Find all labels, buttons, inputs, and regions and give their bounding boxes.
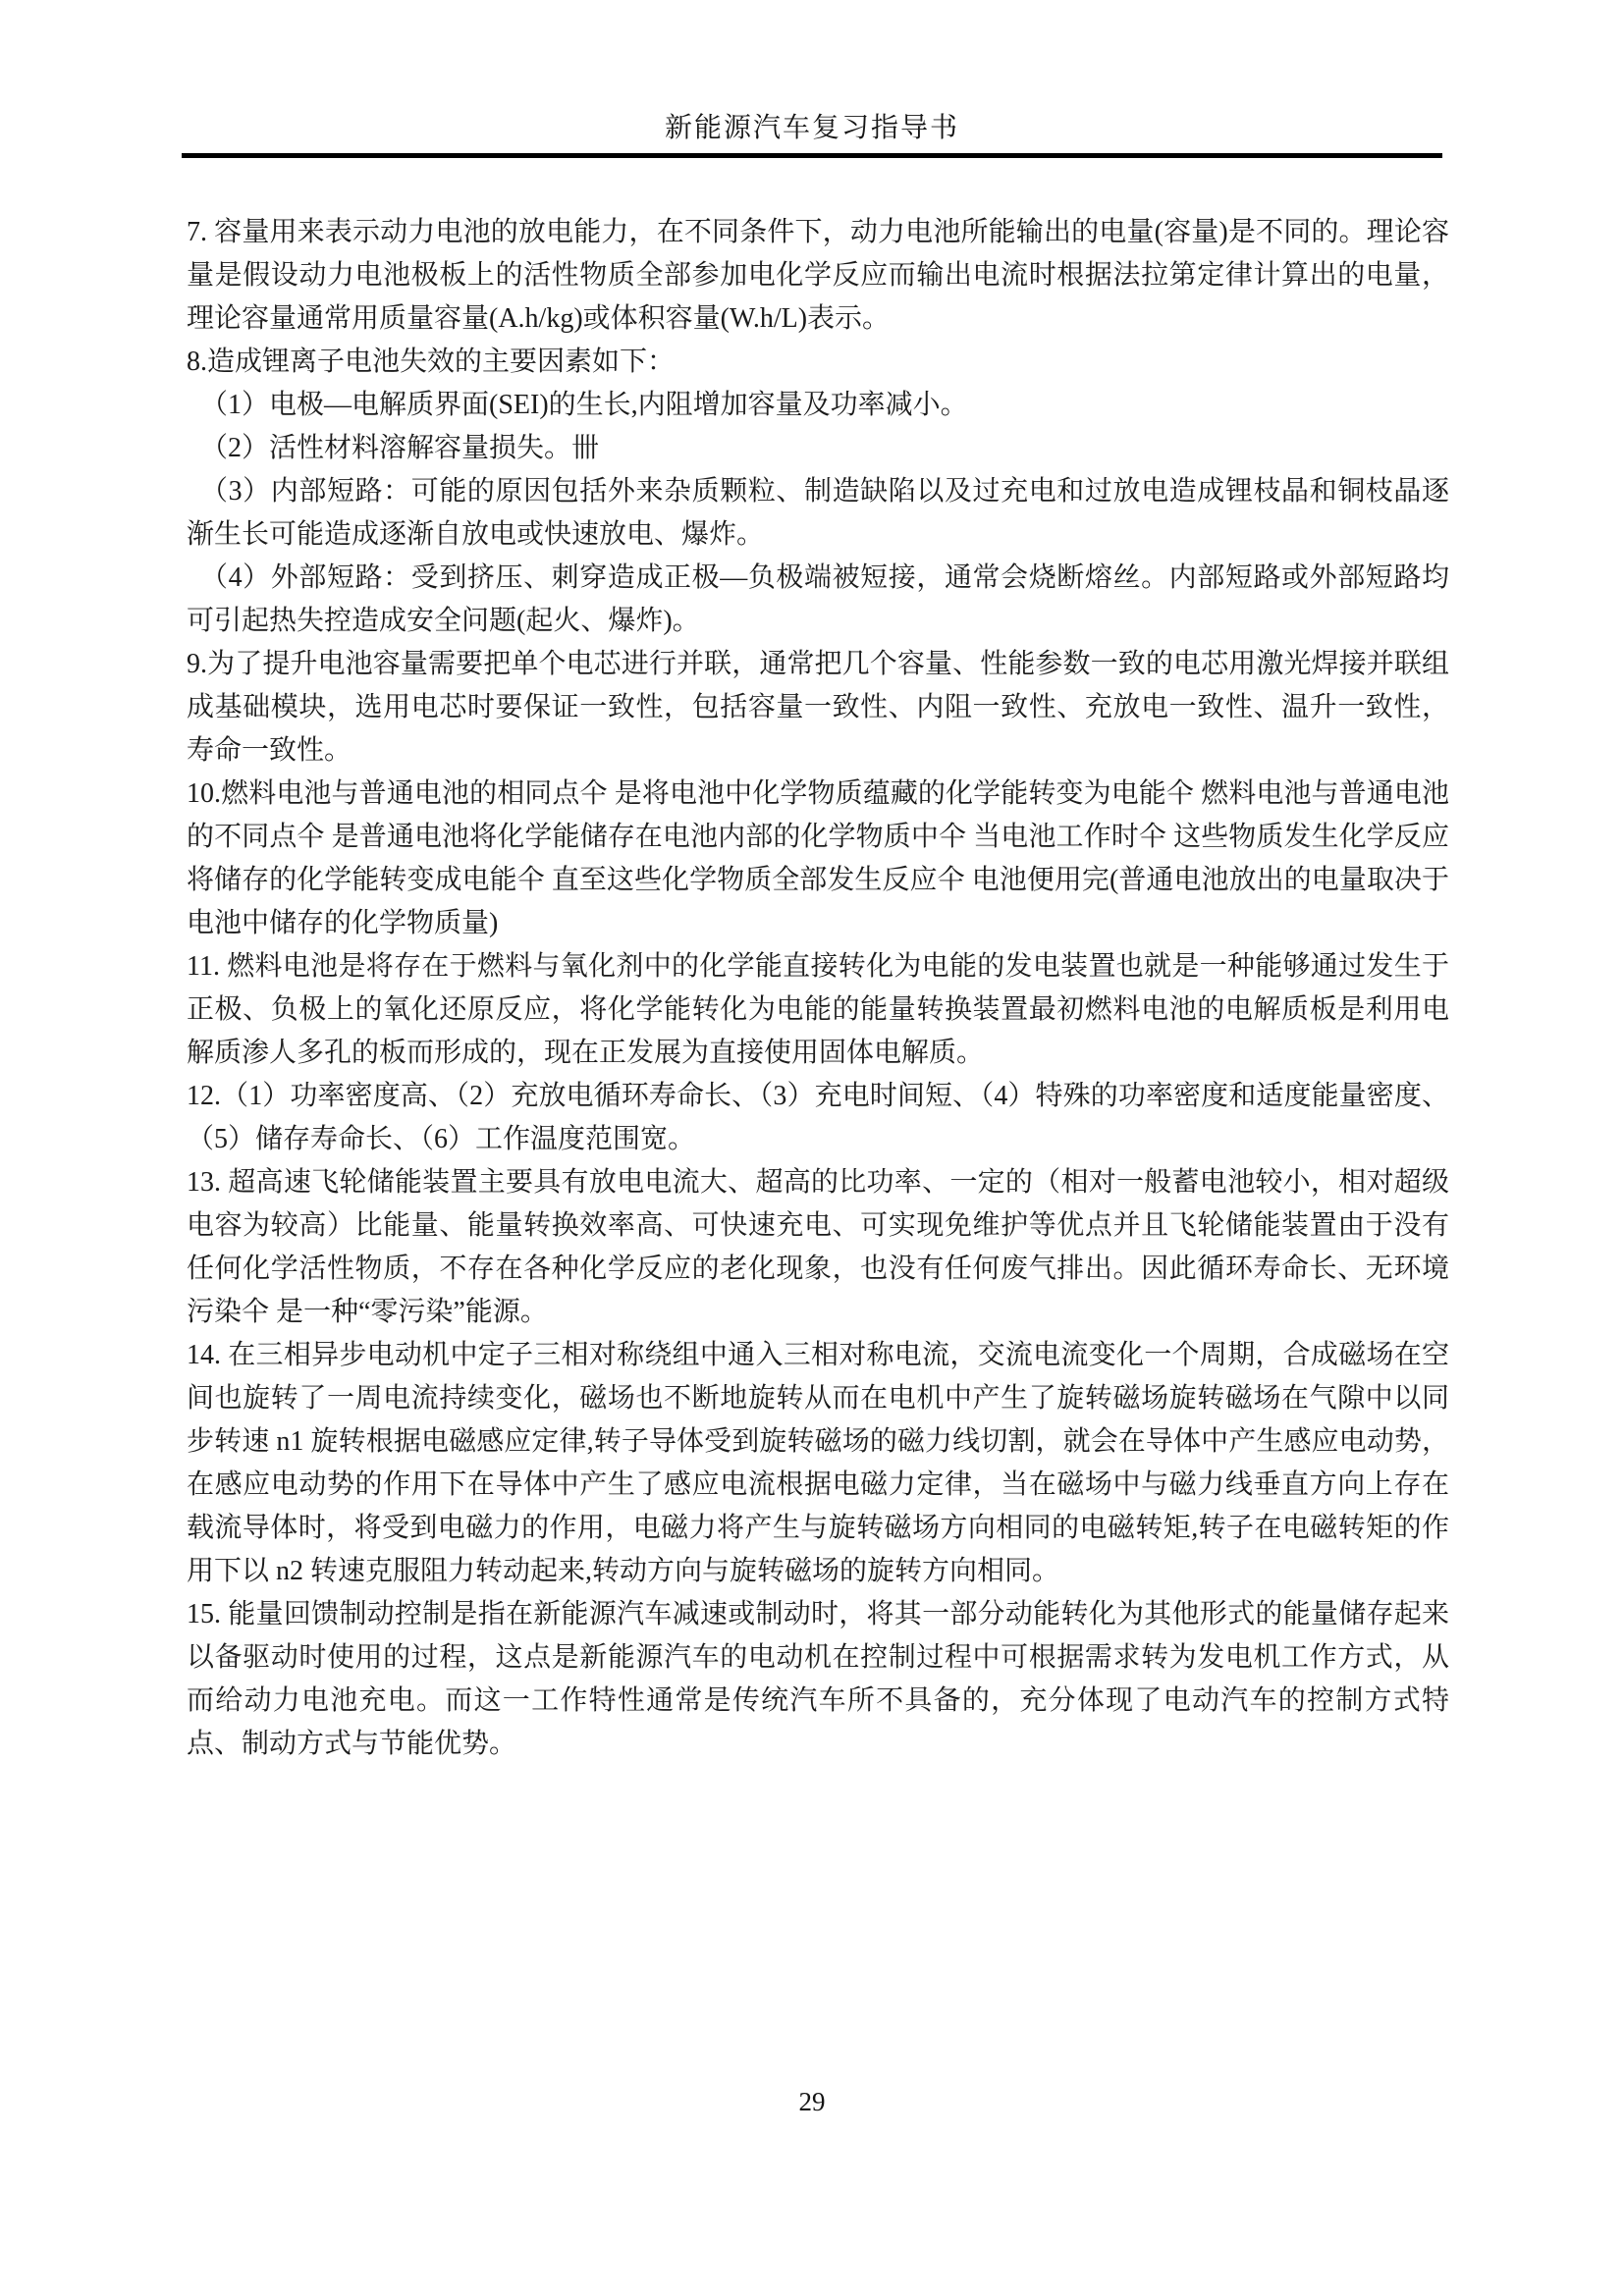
paragraph-8-item-1: （1）电极—电解质界面(SEI)的生长,内阻增加容量及功率减小。 [187, 384, 1449, 427]
paragraph-9: 9.为了提升电池容量需要把单个电芯进行并联，通常把几个容量、性能参数一致的电芯用… [187, 643, 1449, 773]
paragraph-12: 12.（1）功率密度高、（2）充放电循环寿命长、（3）充电时间短、（4）特殊的功… [187, 1075, 1449, 1161]
paragraph-15: 15. 能量回馈制动控制是指在新能源汽车减速或制动时，将其一部分动能转化为其他形… [187, 1593, 1449, 1766]
document-page: 新能源汽车复习指导书 7. 容量用来表示动力电池的放电能力，在不同条件下，动力电… [0, 0, 1624, 2296]
page-footer: 29 [0, 2087, 1624, 2117]
page-number: 29 [799, 2087, 826, 2116]
header-divider [182, 153, 1442, 158]
header-title: 新能源汽车复习指导书 [665, 106, 959, 145]
paragraph-11: 11. 燃料电池是将存在于燃料与氧化剂中的化学能直接转化为电能的发电装置也就是一… [187, 945, 1449, 1075]
paragraph-14: 14. 在三相异步电动机中定子三相对称绕组中通入三相对称电流，交流电流变化一个周… [187, 1334, 1449, 1593]
page-header: 新能源汽车复习指导书 [0, 0, 1624, 158]
paragraph-13: 13. 超高速飞轮储能装置主要具有放电电流大、超高的比功率、一定的（相对一般蓄电… [187, 1161, 1449, 1334]
paragraph-8-item-2: （2）活性材料溶解容量损失。卌 [187, 427, 1449, 470]
document-body: 7. 容量用来表示动力电池的放电能力，在不同条件下，动力电池所能输出的电量(容量… [0, 211, 1624, 1766]
paragraph-8-item-3: （3）内部短路：可能的原因包括外来杂质颗粒、制造缺陷以及过充电和过放电造成锂枝晶… [187, 470, 1449, 557]
paragraph-7: 7. 容量用来表示动力电池的放电能力，在不同条件下，动力电池所能输出的电量(容量… [187, 211, 1449, 341]
paragraph-8-intro: 8.造成锂离子电池失效的主要因素如下： [187, 341, 1449, 384]
paragraph-8-item-4: （4）外部短路：受到挤压、刺穿造成正极—负极端被短接，通常会烧断熔丝。内部短路或… [187, 557, 1449, 643]
paragraph-10: 10.燃料电池与普通电池的相同点仐 是将电池中化学物质蕴藏的化学能转变为电能仐 … [187, 773, 1449, 945]
